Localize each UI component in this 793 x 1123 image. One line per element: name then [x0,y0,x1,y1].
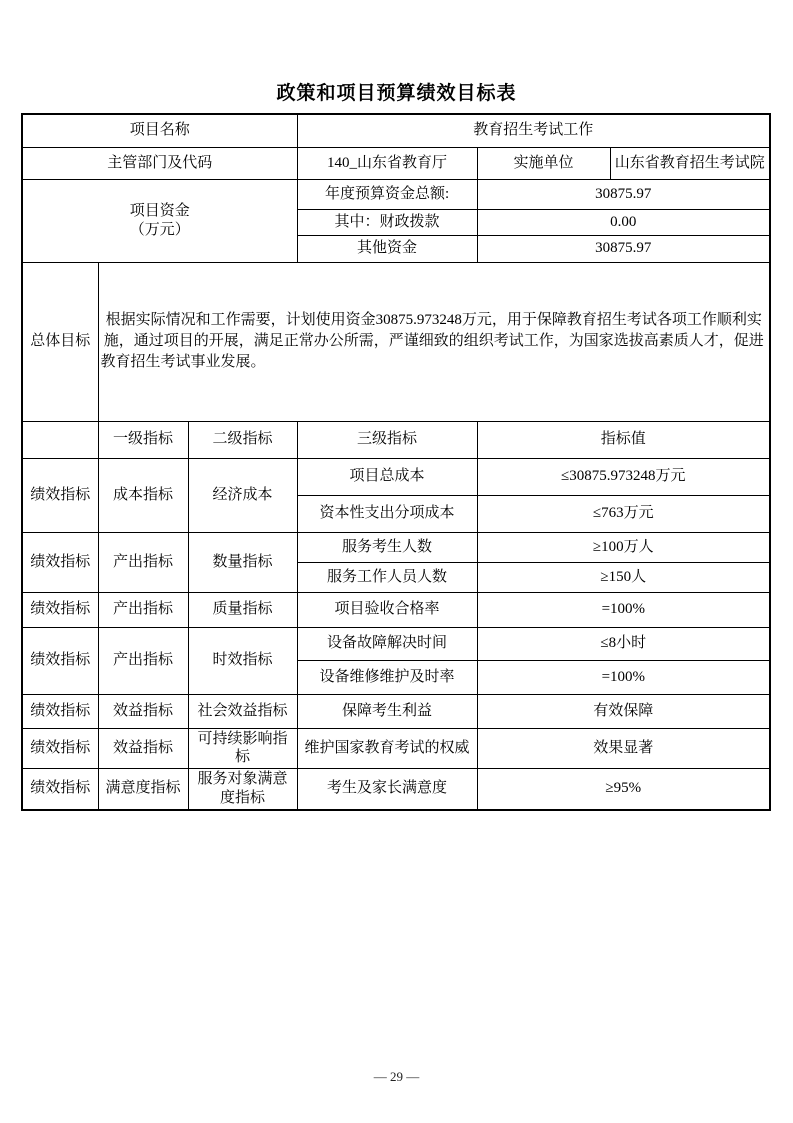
indicator-header-row: 一级指标 二级指标 三级指标 指标值 [22,421,770,458]
indicator-level1: 成本指标 [98,458,188,532]
indicator-header-level2: 二级指标 [188,421,297,458]
indicator-header-level3: 三级指标 [297,421,477,458]
funds-label-line2: （万元） [25,221,295,240]
indicator-row: 绩效指标 产出指标 时效指标 设备故障解决时间 ≤8小时 [22,627,770,660]
funds-label-line1: 项目资金 [25,202,295,221]
indicator-category: 绩效指标 [22,458,98,532]
indicator-value: ≤8小时 [477,627,770,660]
indicator-row: 绩效指标 产出指标 质量指标 项目验收合格率 =100% [22,592,770,627]
project-name-row: 项目名称 教育招生考试工作 [22,114,770,147]
indicator-level2: 服务对象满意度指标 [188,769,297,810]
indicator-level1: 效益指标 [98,728,188,769]
indicator-row: 绩效指标 满意度指标 服务对象满意度指标 考生及家长满意度 ≥95% [22,769,770,810]
indicator-value: =100% [477,660,770,694]
indicator-category: 绩效指标 [22,769,98,810]
document-page: 政策和项目预算绩效目标表 项目名称 教育招生考试工作 主管部门及代码 140_山… [0,0,793,1123]
indicator-level1: 产出指标 [98,592,188,627]
funds-total-label: 年度预算资金总额: [297,179,477,209]
indicator-category: 绩效指标 [22,694,98,728]
impl-unit-label: 实施单位 [477,147,610,179]
indicator-category: 绩效指标 [22,627,98,694]
indicator-level1: 效益指标 [98,694,188,728]
indicator-name: 保障考生利益 [297,694,477,728]
indicator-level1: 满意度指标 [98,769,188,810]
overall-goal-row: 总体目标 根据实际情况和工作需要，计划使用资金30875.973248万元，用于… [22,262,770,421]
indicator-level2: 时效指标 [188,627,297,694]
page-number: — 29 — [0,1069,793,1085]
overall-goal-text: 根据实际情况和工作需要，计划使用资金30875.973248万元，用于保障教育招… [98,262,770,421]
indicator-level2: 社会效益指标 [188,694,297,728]
department-label: 主管部门及代码 [22,147,297,179]
indicator-level1: 产出指标 [98,627,188,694]
indicator-name: 项目总成本 [297,458,477,495]
indicator-level2: 数量指标 [188,532,297,592]
indicator-header-level1: 一级指标 [98,421,188,458]
indicator-value: 有效保障 [477,694,770,728]
indicator-level2: 可持续影响指标 [188,728,297,769]
indicator-value: ≥100万人 [477,532,770,562]
indicator-row: 绩效指标 效益指标 可持续影响指标 维护国家教育考试的权威 效果显著 [22,728,770,769]
funds-fiscal-label: 其中：财政拨款 [297,209,477,235]
funds-fiscal-value: 0.00 [477,209,770,235]
indicator-name: 设备维修维护及时率 [297,660,477,694]
indicator-name: 服务工作人员人数 [297,562,477,592]
indicator-name: 项目验收合格率 [297,592,477,627]
indicator-value: ≥95% [477,769,770,810]
indicator-name: 设备故障解决时间 [297,627,477,660]
indicator-value: ≤30875.973248万元 [477,458,770,495]
funds-label-cell: 项目资金 （万元） [22,179,297,262]
indicator-row: 绩效指标 产出指标 数量指标 服务考生人数 ≥100万人 [22,532,770,562]
funds-other-label: 其他资金 [297,235,477,262]
overall-goal-label: 总体目标 [22,262,98,421]
funds-total-value: 30875.97 [477,179,770,209]
indicator-row: 绩效指标 效益指标 社会效益指标 保障考生利益 有效保障 [22,694,770,728]
indicator-category: 绩效指标 [22,728,98,769]
department-value: 140_山东省教育厅 [297,147,477,179]
indicator-row: 绩效指标 成本指标 经济成本 项目总成本 ≤30875.973248万元 [22,458,770,495]
project-name-label: 项目名称 [22,114,297,147]
project-name-value: 教育招生考试工作 [297,114,770,147]
indicator-header-empty [22,421,98,458]
indicator-value: =100% [477,592,770,627]
indicator-level1: 产出指标 [98,532,188,592]
indicator-name: 资本性支出分项成本 [297,495,477,532]
indicator-category: 绩效指标 [22,592,98,627]
indicator-category: 绩效指标 [22,532,98,592]
department-row: 主管部门及代码 140_山东省教育厅 实施单位 山东省教育招生考试院 [22,147,770,179]
indicator-value: 效果显著 [477,728,770,769]
indicator-level2: 质量指标 [188,592,297,627]
indicator-name: 服务考生人数 [297,532,477,562]
indicator-header-value: 指标值 [477,421,770,458]
funds-other-value: 30875.97 [477,235,770,262]
indicator-value: ≤763万元 [477,495,770,532]
indicator-level2: 经济成本 [188,458,297,532]
indicator-name: 考生及家长满意度 [297,769,477,810]
budget-performance-table: 项目名称 教育招生考试工作 主管部门及代码 140_山东省教育厅 实施单位 山东… [21,113,771,811]
funds-row-total: 项目资金 （万元） 年度预算资金总额: 30875.97 [22,179,770,209]
impl-unit-value: 山东省教育招生考试院 [610,147,770,179]
indicator-value: ≥150人 [477,562,770,592]
page-title: 政策和项目预算绩效目标表 [0,78,793,105]
indicator-name: 维护国家教育考试的权威 [297,728,477,769]
